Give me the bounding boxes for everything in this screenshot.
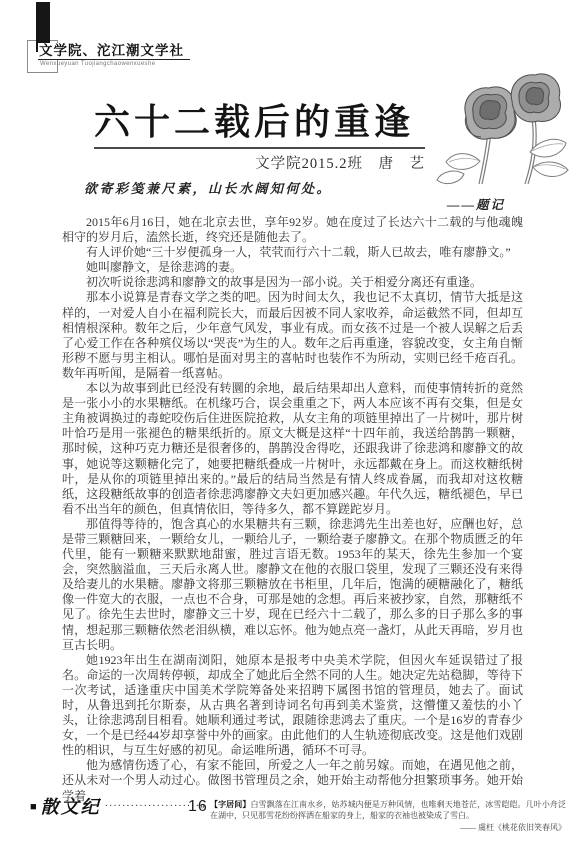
masthead-title: 文学院、沱江潮文学社 [38, 43, 190, 60]
article-body: 欲寄彩笺兼尺素，山长水阔知何处。 ——题记 2015年6月16日，她在北京去世，… [62, 181, 523, 804]
section-line: ■ 散文纪 ······················» [30, 798, 206, 816]
article-title: 六十二载后的重逢 [94, 101, 414, 143]
note-label: 【字居间】 [210, 800, 250, 809]
paragraph: 她1923年出生在湖南浏阳，她原本是报考中央美术学院，但因火车延误错过了报名。命… [62, 653, 523, 759]
paragraph: 那本小说算是青春文学之类的吧。因为时间太久，我也记不太真切，情节大抵是这样的，一… [62, 290, 523, 381]
paragraph: 本以为故事到此已经没有转圜的余地，最后结果却出人意料，而使事情转折的竟然是一张小… [62, 381, 523, 517]
masthead-subtitle: Wenxueyuan Tuojiangchaowenxueshe [40, 61, 155, 67]
magazine-page: 文学院、沱江潮文学社 Wenxueyuan Tuojiangchaowenxue… [0, 0, 586, 841]
epigraph: 欲寄彩笺兼尺素，山长水阔知何处。 [84, 181, 523, 197]
epigraph-attribution: ——题记 [62, 198, 505, 212]
title-rule [94, 147, 425, 149]
rose-illustration [433, 70, 581, 188]
page-number: 16 [188, 798, 208, 816]
paragraph: 初次听说徐悲鸿和廖静文的故事是因为一部小说。关于相爱分离还有重逢。 [62, 275, 523, 290]
section-name: 散文纪 [41, 798, 101, 816]
roses-icon [433, 70, 581, 188]
note-attribution: —— 虞枉《桃花依旧笑春风》 [210, 822, 566, 833]
article-byline: 文学院2015.2班 唐 艺 [94, 152, 425, 173]
paragraph: 那值得等待的，饱含真心的水果糖共有三颗，徐悲鸿先生出差也好，应酬也好，总是带三颗… [62, 517, 523, 653]
paragraph: 2015年6月16日，她在北京去世，享年92岁。她在度过了长达六十二载的与他魂魄… [62, 215, 523, 245]
square-marker-icon: ■ [30, 802, 37, 813]
paragraph: 有人评价她“三十岁便孤身一人，茕茕而行六十二载，斯人已故去，唯有廖静文。” [62, 245, 523, 260]
paragraph: 她叫廖静文，是徐悲鸿的妻。 [62, 260, 523, 275]
masthead: 文学院、沱江潮文学社 Wenxueyuan Tuojiangchaowenxue… [0, 0, 300, 80]
footer-note: 【字居间】白雪飘落在江南水乡，姑苏城内便是万种风情，也唯剩天地苍茫，冰雪皑皑。几… [210, 799, 566, 833]
page-footer: ■ 散文纪 ······················» 16 【字居间】白雪… [0, 790, 586, 841]
note-text: 白雪飘落在江南水乡，姑苏城内便是万种风情，也唯剩天地苍茫，冰雪皑皑。几叶小舟泛在… [210, 800, 566, 820]
